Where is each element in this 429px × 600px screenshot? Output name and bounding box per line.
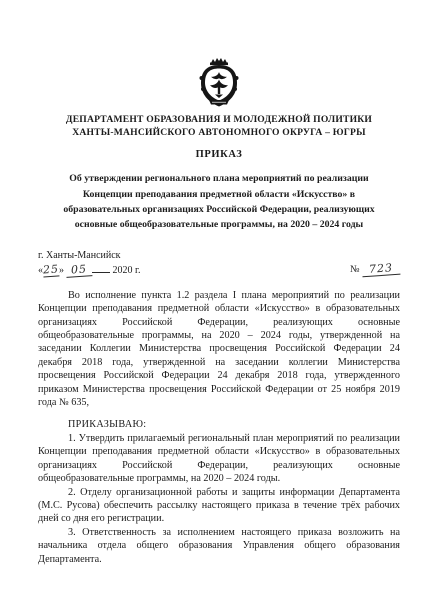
date-year: 2020 г. [113,265,141,276]
date-day-handwritten: 25 [43,262,60,277]
document-title: Об утверждении регионального плана мероп… [38,171,400,233]
document-meta-row: г. Ханты-Мансийск «25»05 2020 г. № 723 [38,249,400,277]
organization-name: ДЕПАРТАМЕНТ ОБРАЗОВАНИЯ И МОЛОДЕЖНОЙ ПОЛ… [38,114,400,139]
date-blank-line [92,262,110,273]
number-value-handwritten: 723 [362,261,401,278]
place-label: г. Ханты-Мансийск [38,249,140,262]
number-label: № [350,264,360,275]
preamble-paragraph: Во исполнение пункта 1.2 раздела I плана… [38,289,400,410]
order-item-1: 1. Утвердить прилагаемый региональный пл… [38,432,400,486]
date-line: «25»05 2020 г. [38,262,140,277]
date-quote-close: » [59,265,64,276]
order-word: ПРИКАЗЫВАЮ: [38,418,400,431]
order-item-2: 2. Отделу организационной работы и защит… [38,486,400,526]
order-item-3: 3. Ответственность за исполнением настоя… [38,526,400,566]
organization-name-line1: ДЕПАРТАМЕНТ ОБРАЗОВАНИЯ И МОЛОДЕЖНОЙ ПОЛ… [38,114,400,127]
document-page: ДЕПАРТАМЕНТ ОБРАЗОВАНИЯ И МОЛОДЕЖНОЙ ПОЛ… [0,0,429,600]
place-date-block: г. Ханты-Мансийск «25»05 2020 г. [38,249,140,277]
organization-name-line2: ХАНТЫ-МАНСИЙСКОГО АВТОНОМНОГО ОКРУГА – Ю… [38,127,400,140]
document-number-block: № 723 [350,262,400,277]
document-type-heading: ПРИКАЗ [38,149,400,160]
document-body: Во исполнение пункта 1.2 раздела I плана… [38,289,400,566]
yugra-coat-of-arms-icon [196,98,242,115]
date-month-handwritten: 05 [66,262,93,278]
emblem-container [38,56,400,111]
